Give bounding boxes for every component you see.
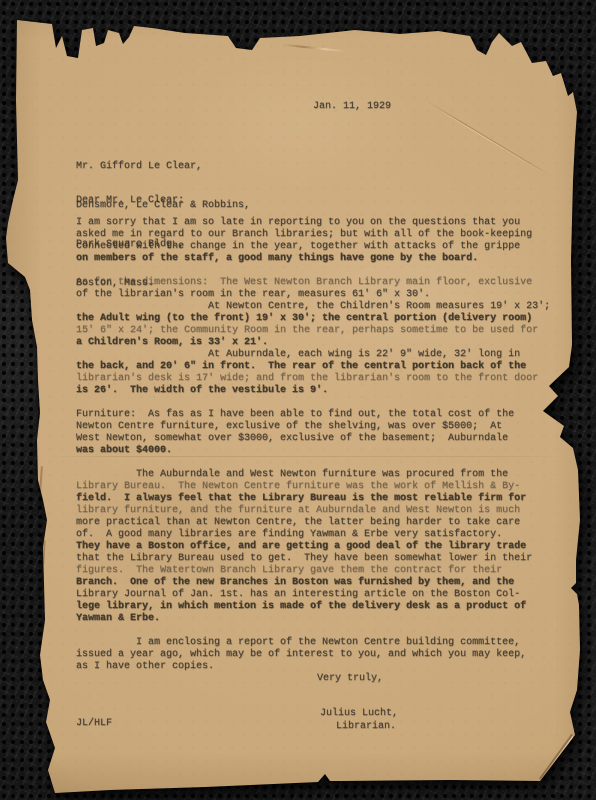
letter-body-line: the back, and 20' 6" in front. The rear … xyxy=(76,361,550,373)
letter-body-line: Furniture: As fas as I have been able to… xyxy=(76,409,550,421)
letter-body-line: figures. The Watertown Branch Library ga… xyxy=(76,565,550,577)
letter-body-line: the Adult wing (to the front) 19' x 30';… xyxy=(76,313,550,325)
letter-body-line xyxy=(76,625,550,637)
folded-corner-crease xyxy=(539,734,573,779)
letter-paper: Jan. 11, 1929 Mr. Gifford Le Clear, Dens… xyxy=(0,0,596,800)
letter-body-line: a Children's Room, is 33' x 21'. xyxy=(76,337,550,349)
torn-edge-streak xyxy=(30,346,37,388)
letter-body-line: was about $4000. xyxy=(76,445,550,457)
typist-initials: JL/HLF xyxy=(76,718,112,730)
torn-edge-streak xyxy=(42,540,45,564)
letter-body-line: The Auburndale and West Newton furniture… xyxy=(76,469,550,481)
letter-body-line: Yawman & Erbe. xyxy=(76,613,550,625)
letter-body-line: 15' 6" x 24'; the Community Room in the … xyxy=(76,325,550,337)
letter-body-line: I am enclosing a report of the Newton Ce… xyxy=(76,637,550,649)
letter-body-line: field. I always feel that the Library Bu… xyxy=(76,493,550,505)
letter-body-line: as I have other copies. xyxy=(76,661,550,673)
letter-body-line: I am sorry that I am so late in reportin… xyxy=(76,217,550,229)
letter-body-line xyxy=(76,457,550,469)
letter-body-line: Library Journal of Jan. 1st. has an inte… xyxy=(76,589,550,601)
crease-line xyxy=(423,99,552,177)
signature-title: Librarian. xyxy=(336,720,396,733)
letter-body-line: that the Library Bureau used to get. The… xyxy=(76,553,550,565)
letter-body-line: more practical than at Newton Centre, th… xyxy=(76,517,550,529)
letter-body-line: librarian's desk is 17' wide; and from t… xyxy=(76,373,550,385)
letter-body-line: At Newton Centre, the Children's Room me… xyxy=(76,301,550,313)
recipient-name: Mr. Gifford Le Clear, xyxy=(76,160,250,173)
letter-body-line: on members of the staff, a good many thi… xyxy=(76,253,550,265)
letter-body-line: Library Bureau. The Newton Centre furnit… xyxy=(76,481,550,493)
letter-body-line: of the librarian's room in the rear, mea… xyxy=(76,289,550,301)
crease-scratch xyxy=(282,44,346,53)
paper-shadow-wrap: Jan. 11, 1929 Mr. Gifford Le Clear, Dens… xyxy=(0,0,596,800)
letter-body-line: is 26'. The width of the vestibule is 9'… xyxy=(76,385,550,397)
letter-body-line: As for the dimensions: The West Newton B… xyxy=(76,277,550,289)
letter-body-line xyxy=(76,265,550,277)
letter-body-line: Branch. One of the new Branches in Bosto… xyxy=(76,577,550,589)
letter-date: Jan. 11, 1929 xyxy=(313,101,391,113)
letter-body-line: connected with the change in the year, t… xyxy=(76,241,550,253)
letter-body-line: West Newton, somewhat over $3000, exclus… xyxy=(76,433,550,445)
closing-line: Very truly, xyxy=(317,673,383,685)
crease-highlight xyxy=(424,101,551,178)
letter-body-line: library furniture, and the furniture at … xyxy=(76,505,550,517)
letter-body-line: They have a Boston office, and are getti… xyxy=(76,541,550,553)
letter-body-line: Newton Centre furniture, exclusive of th… xyxy=(76,421,550,433)
folded-corner xyxy=(535,730,577,781)
letter-body-line: of. A good many libraries are finding Ya… xyxy=(76,529,550,541)
scanned-letter-photo: Jan. 11, 1929 Mr. Gifford Le Clear, Dens… xyxy=(0,0,596,800)
letter-body-line xyxy=(76,397,550,409)
signature-name: Julius Lucht, xyxy=(320,707,398,720)
letter-body-line: lege library, in which mention is made o… xyxy=(76,601,550,613)
letter-body-line: At Auburndale, each wing is 22' 9" wide,… xyxy=(76,349,550,361)
letter-body: I am sorry that I am so late in reportin… xyxy=(76,217,550,673)
letter-body-line: asked me in regard to our Branch librari… xyxy=(76,229,550,241)
salutation: Dear Mr. Le Clear: xyxy=(76,195,184,207)
torn-edge-streak xyxy=(37,466,43,522)
letter-body-line: issued a year ago, which may be of inter… xyxy=(76,649,550,661)
